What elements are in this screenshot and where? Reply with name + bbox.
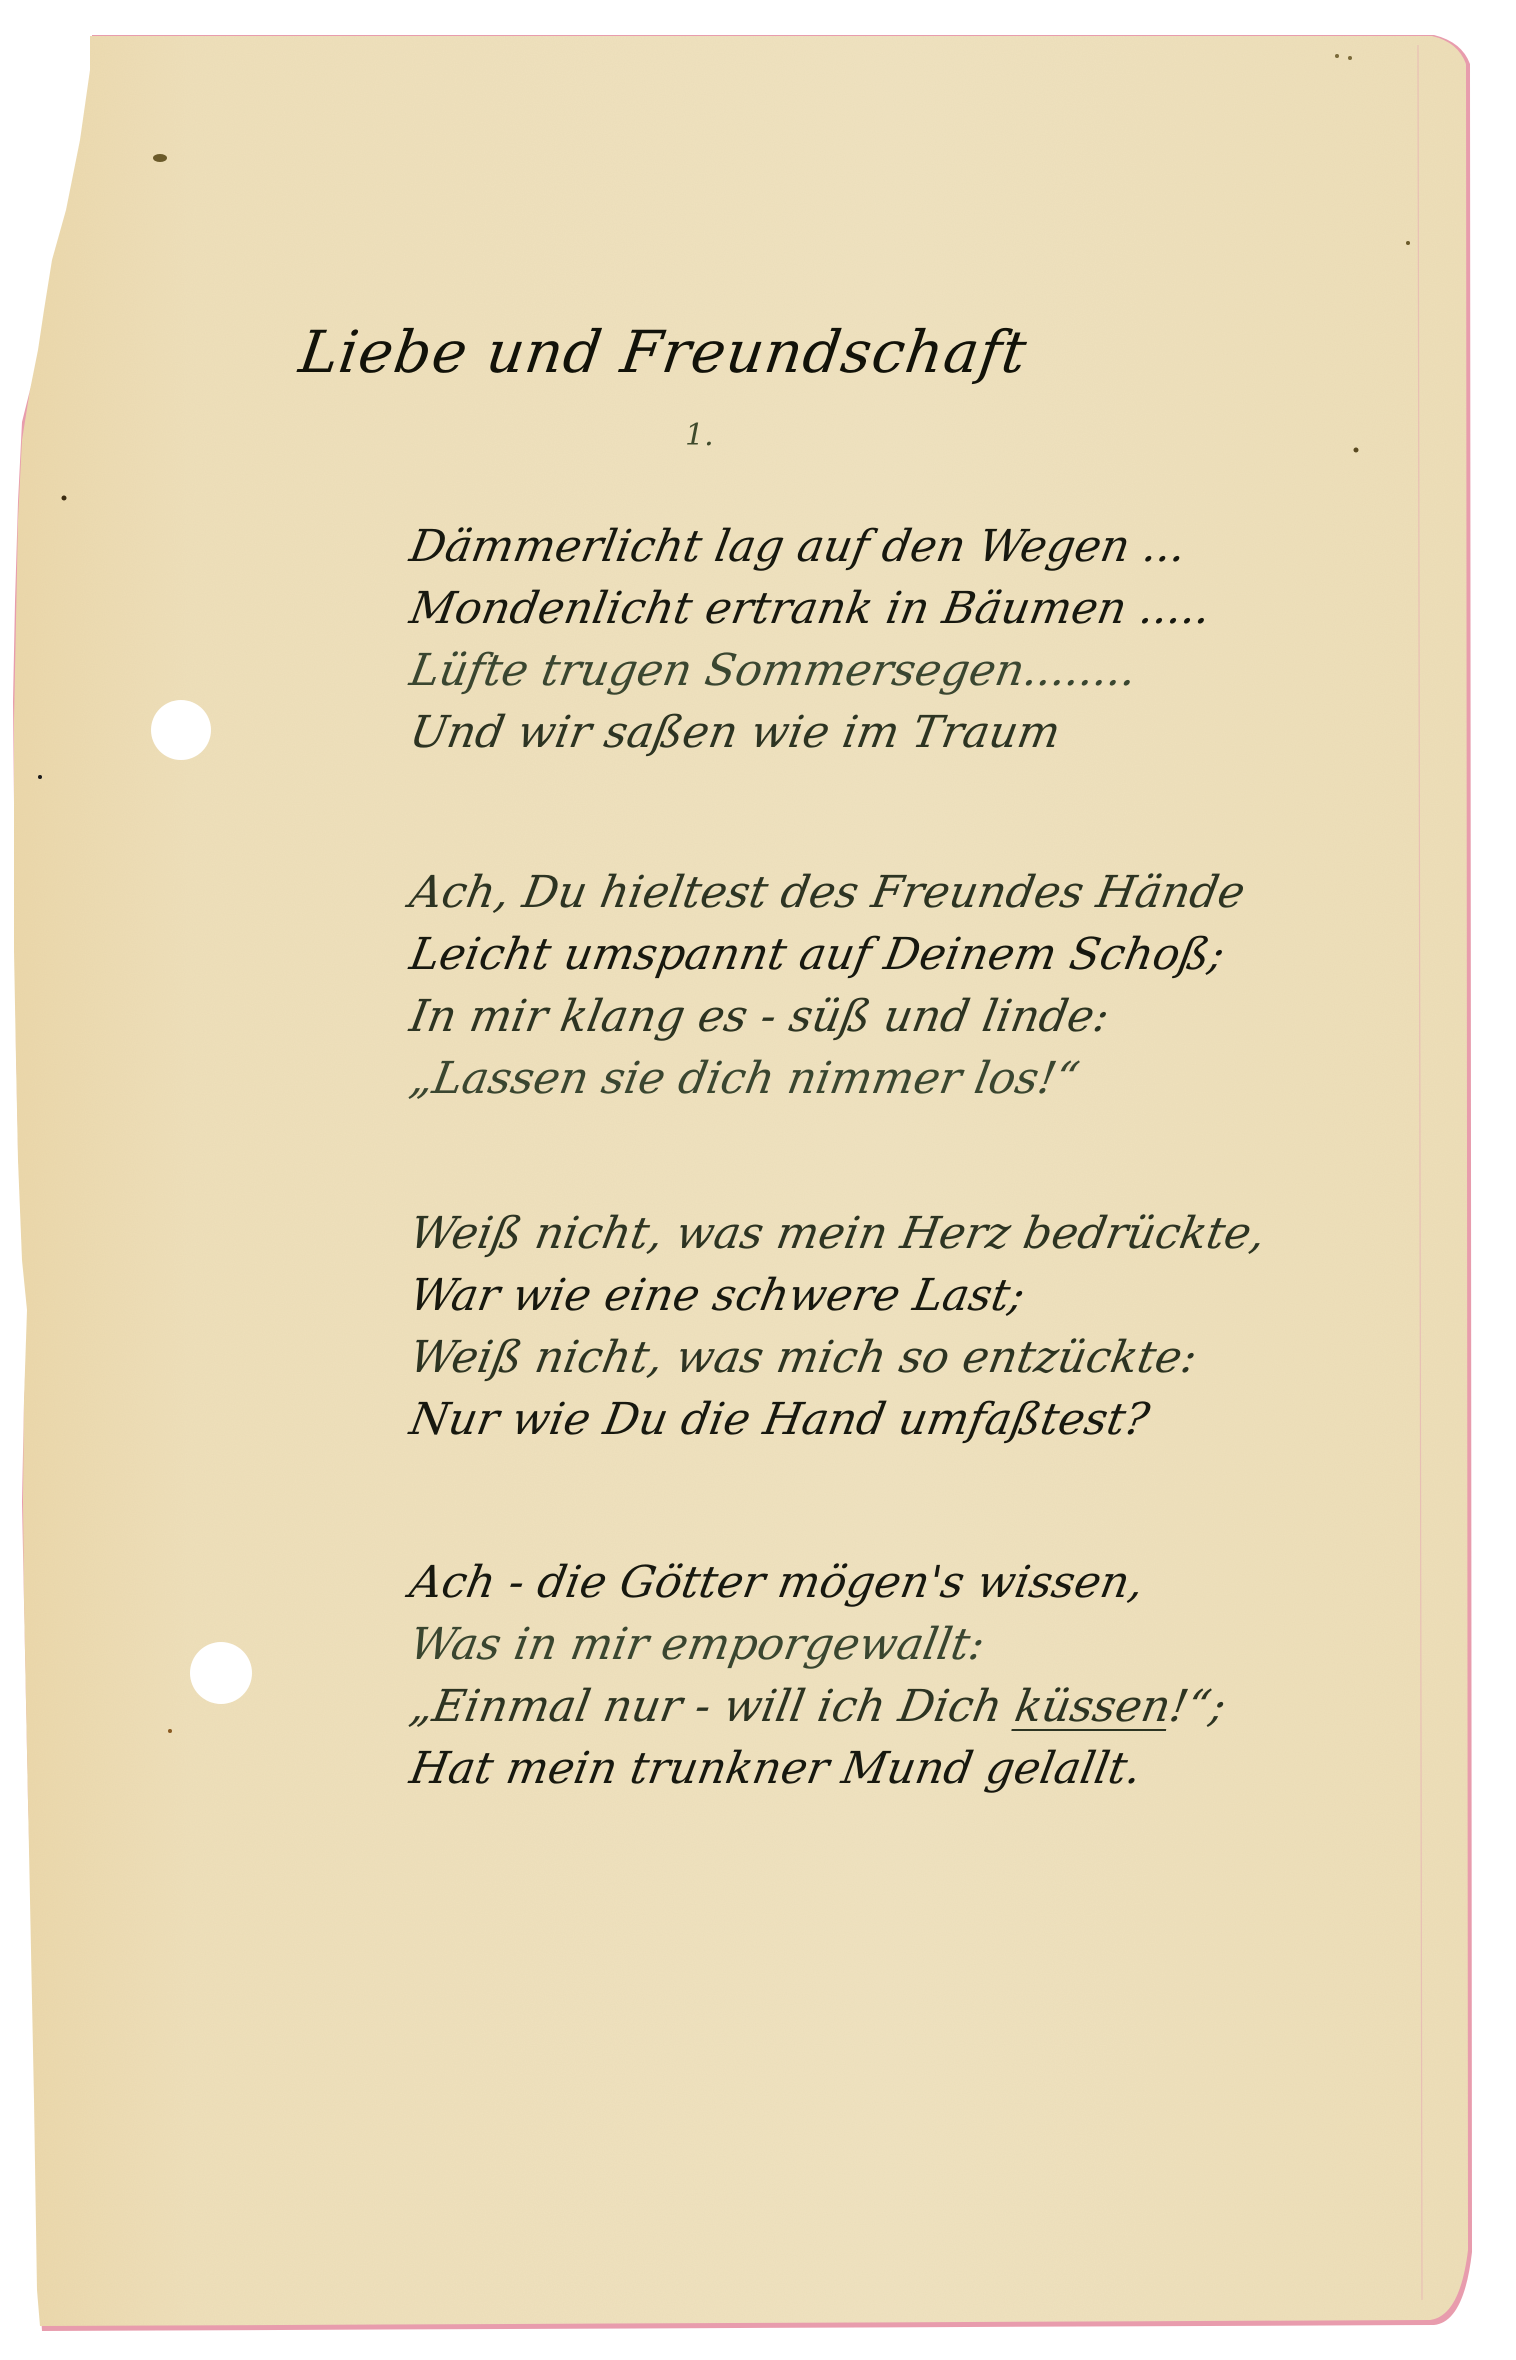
stanza-1: Dämmerlicht lag auf den Wegen ... Monden…: [405, 516, 1205, 764]
verse-line: Hat mein trunkner Mund gelallt.: [405, 1738, 1231, 1800]
stanza-4: Ach - die Götter mögen's wissen, Was in …: [405, 1552, 1220, 1800]
verse-line: Dämmerlicht lag auf den Wegen ...: [405, 516, 1215, 578]
verse-line: Ach - die Götter mögen's wissen,: [405, 1552, 1231, 1614]
verse-line: Weiß nicht, was mein Herz bedrückte,: [405, 1203, 1270, 1265]
verse-line: „Lassen sie dich nimmer los!“: [405, 1048, 1250, 1110]
underlined-word: küssen: [1011, 1681, 1175, 1732]
stanza-2: Ach, Du hieltest des Freundes Hände Leic…: [405, 862, 1239, 1110]
verse-line: Und wir saßen wie im Traum: [405, 702, 1215, 764]
verse-line: War wie eine schwere Last;: [405, 1265, 1270, 1327]
verse-line: Nur wie Du die Hand umfaßtest?: [405, 1389, 1270, 1451]
verse-line: Leicht umspannt auf Deinem Schoß;: [405, 924, 1250, 986]
verse-line: Weiß nicht, was mich so entzückte:: [405, 1327, 1270, 1389]
stanza-3: Weiß nicht, was mein Herz bedrückte, War…: [405, 1203, 1259, 1451]
verse-line: Was in mir emporgewallt:: [405, 1614, 1231, 1676]
verse-line-start: „Einmal nur - will ich Dich: [406, 1681, 1020, 1732]
verse-line: Lüfte trugen Sommersegen........: [405, 640, 1215, 702]
handwritten-letter: Liebe und Freundschaft 1. Dämmerlicht la…: [0, 0, 1516, 2360]
verse-line: In mir klang es - süß und linde:: [405, 986, 1250, 1048]
verse-line-end: !“;: [1166, 1681, 1230, 1732]
verse-line: „Einmal nur - will ich Dich küssen!“;: [405, 1676, 1231, 1738]
poem-title-text: Liebe und Freundschaft: [295, 318, 1031, 386]
section-number: 1.: [685, 418, 714, 453]
poem-title: Liebe und Freundschaft: [295, 318, 1031, 386]
verse-line: Ach, Du hieltest des Freundes Hände: [405, 862, 1250, 924]
verse-line: Mondenlicht ertrank in Bäumen .....: [405, 578, 1215, 640]
